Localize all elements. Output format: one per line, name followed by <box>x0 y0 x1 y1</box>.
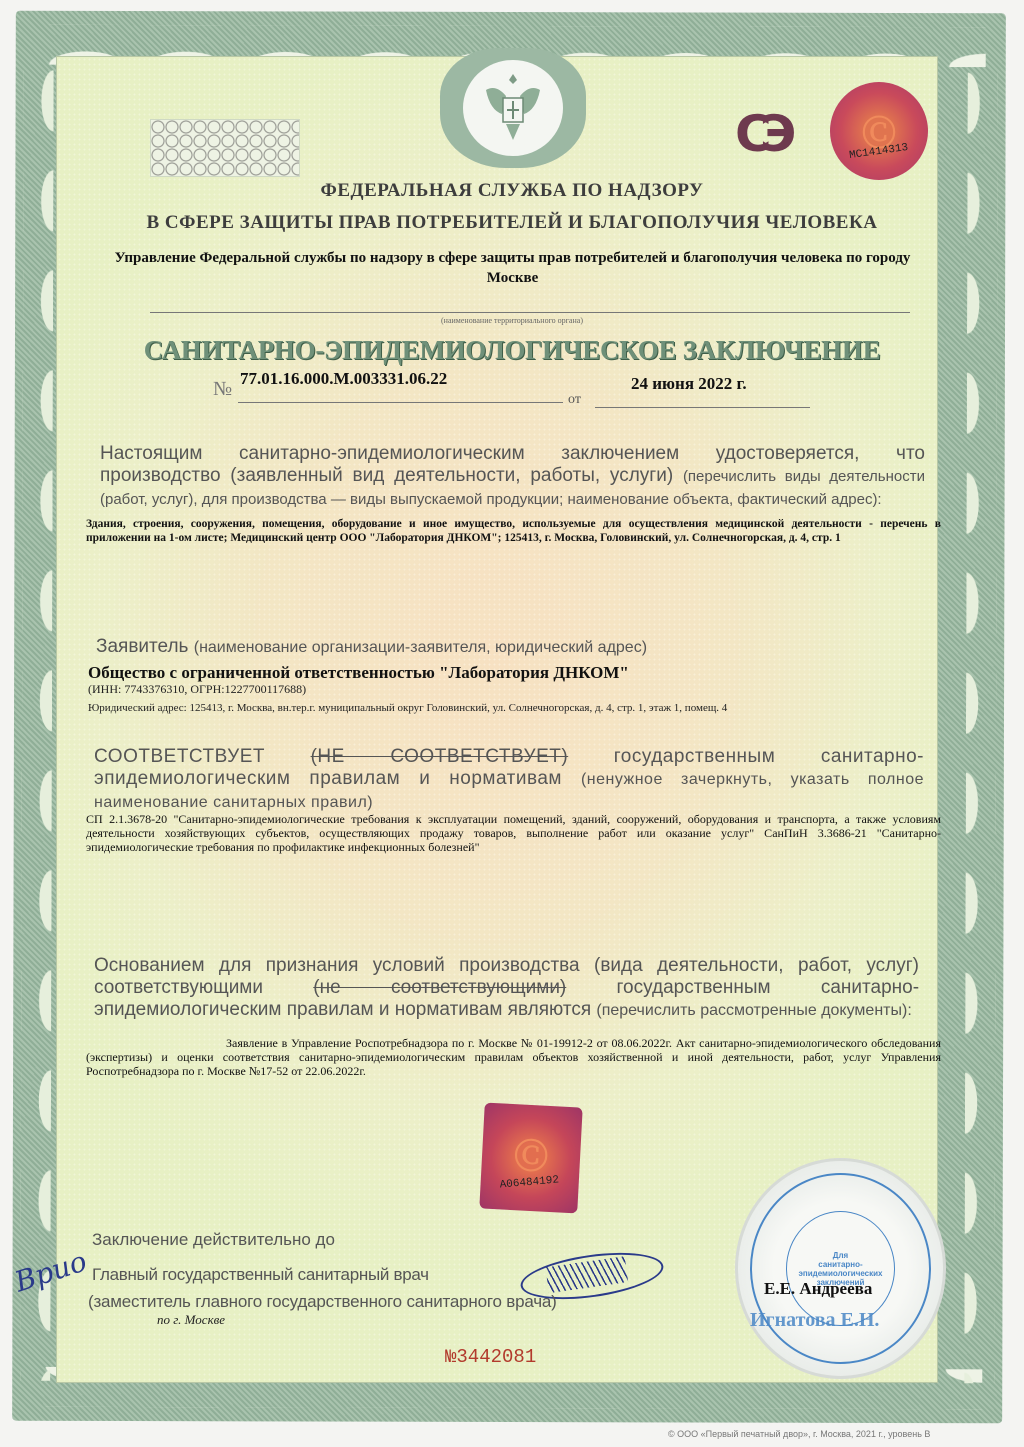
signer-name: Е.Е. Андреева <box>764 1279 872 1299</box>
hologram-serial-bottom: A06484192 <box>500 1174 560 1191</box>
basis-documents: Заявление в Управление Роспотребнадзора … <box>86 1036 941 1078</box>
hologram-strip <box>150 119 300 177</box>
applicant-hint: (наименование организации-заявителя, юри… <box>194 639 647 656</box>
compliance-verdict: СООТВЕТСТВУЕТ <box>94 746 265 767</box>
applicant-address: Юридический адрес: 125413, г. Москва, вн… <box>88 702 727 714</box>
coat-of-arms-emblem <box>440 48 586 168</box>
stamp-overprint-name: Игнатова Е.Н. <box>750 1309 879 1332</box>
applicant-name: Общество с ограниченной ответственностью… <box>88 663 629 683</box>
compliance-struck: (НЕ СООТВЕТСТВУЕТ) <box>311 746 569 767</box>
date-underline <box>595 407 810 408</box>
registration-number: 77.01.16.000.М.003331.06.22 <box>240 369 447 389</box>
document-title: САНИТАРНО-ЭПИДЕМИОЛОГИЧЕСКОЕ ЗАКЛЮЧЕНИЕ <box>0 335 1024 366</box>
se-mark-logo: СЭ <box>735 105 784 163</box>
double-headed-eagle-icon <box>478 68 548 148</box>
number-underline <box>238 402 563 403</box>
issue-date: 24 июня 2022 г. <box>631 374 747 394</box>
hologram-round-seal: Ⓒ MC1414313 <box>830 82 928 180</box>
applicant-heading: Заявитель (наименование организации-заяв… <box>96 636 921 659</box>
divider <box>150 312 910 313</box>
applicant-ids: (ИНН: 7743376310, ОГРН:1227700117688) <box>88 682 306 697</box>
deputy-title: (заместитель главного государственного с… <box>88 1292 557 1312</box>
valid-until-label: Заключение действительно до <box>92 1230 335 1250</box>
guilloche-left <box>20 51 53 1381</box>
agency-name-line1: ФЕДЕРАЛЬНАЯ СЛУЖБА ПО НАДЗОРУ <box>0 180 1024 202</box>
certification-lead: Настоящим санитарно-эпидемиологическим з… <box>100 443 925 511</box>
chief-doctor-title: Главный государственный санитарный врач <box>92 1265 429 1285</box>
basis-statement: Основанием для признания условий произво… <box>94 955 919 1022</box>
blank-serial-number: №3442081 <box>445 1346 536 1368</box>
basis-struck: (не соответствующими) <box>313 977 566 998</box>
agency-name-line2: В СФЕРЕ ЗАЩИТЫ ПРАВ ПОТРЕБИТЕЛЕЙ И БЛАГО… <box>0 212 1024 234</box>
number-sign: № <box>213 378 232 401</box>
date-label: от <box>568 392 581 408</box>
department-caption: (наименование территориального органа) <box>0 316 1024 325</box>
certified-object: Здания, строения, сооружения, помещения,… <box>86 517 941 545</box>
department-name: Управление Федеральной службы по надзору… <box>90 248 935 288</box>
compliance-statement: СООТВЕТСТВУЕТ (НЕ СООТВЕТСТВУЕТ) государ… <box>94 746 924 814</box>
official-stamp: Для санитарно- эпидемиологических заключ… <box>735 1158 946 1379</box>
printer-note: © ООО «Первый печатный двор», г. Москва,… <box>668 1429 930 1439</box>
hologram-square-seal: Ⓒ A06484192 <box>479 1103 582 1214</box>
basis-hint: (перечислить рассмотренные документы): <box>596 1002 911 1019</box>
guilloche-right <box>964 53 997 1383</box>
hologram-c-icon: Ⓒ <box>481 1126 581 1180</box>
city-label: по г. Москве <box>157 1312 225 1328</box>
sanitary-rules: СП 2.1.3678-20 "Санитарно-эпидемиологиче… <box>86 812 941 854</box>
